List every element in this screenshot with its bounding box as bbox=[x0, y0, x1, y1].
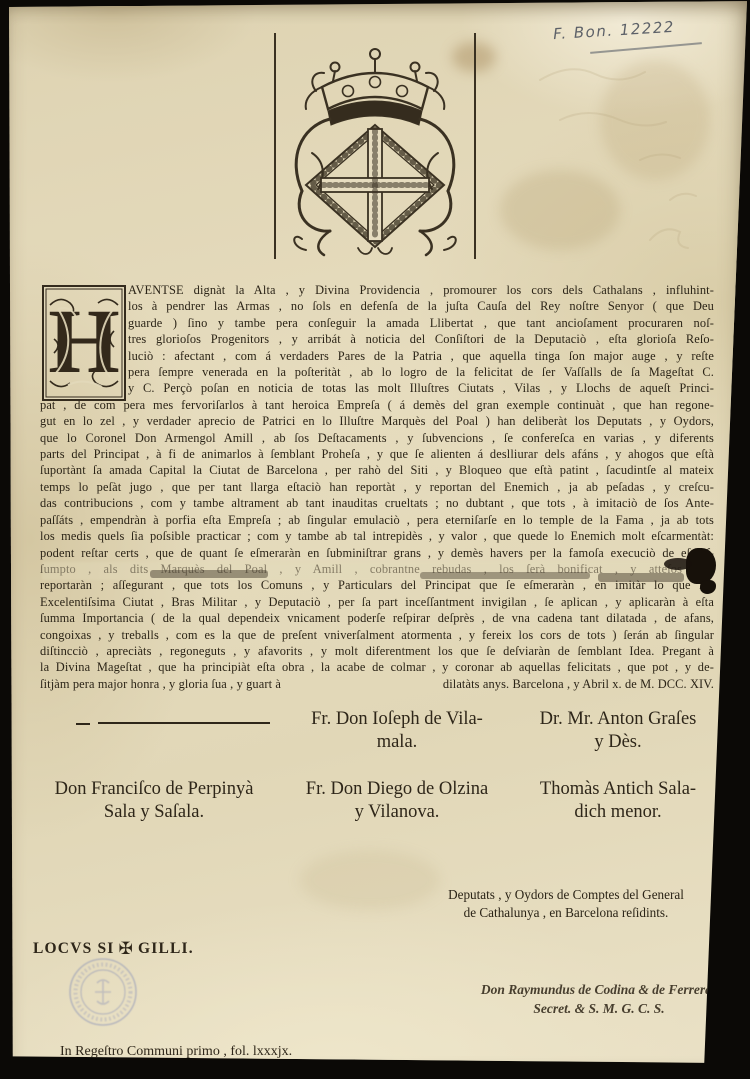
proclamation-body: H AVENTSE dignàt la Alta , y Divina Prov… bbox=[40, 282, 714, 692]
dateline-left: ſitjàm pera major honra , y gloria ſua ,… bbox=[40, 676, 281, 692]
body-text-dateline: ſitjàm pera major honra , y gloria ſua ,… bbox=[40, 676, 714, 692]
body-text-line: luciò : afectant , com á verdaders Pares… bbox=[40, 348, 714, 364]
body-text-line: reportaràn ; aſſegurant , que tots los C… bbox=[40, 577, 714, 593]
body-text-line: temps lo peſàt jugo , que per tant llarg… bbox=[40, 479, 714, 495]
body-text-line: pat , de com pera mes fervoriſarlos à ta… bbox=[40, 397, 714, 413]
body-text-line: AVENTSE dignàt la Alta , y Divina Provid… bbox=[40, 282, 714, 298]
coat-of-arms bbox=[272, 33, 478, 259]
signature-block: Fr. Don Ioſeph de Vila- mala. Dr. Mr. An… bbox=[28, 708, 722, 824]
library-stamp bbox=[64, 953, 142, 1031]
body-text-line: podent reſtar certs , que de quant ſe eſ… bbox=[40, 545, 714, 561]
paper: F. Bon. 12222 bbox=[0, 0, 750, 1079]
body-text-line: que lo Coronel Don Armengol Amill , ab ſ… bbox=[40, 430, 714, 446]
body-text-line: congoixas , y treballs , com es la que d… bbox=[40, 627, 714, 643]
drop-cap-vine bbox=[44, 287, 124, 399]
paper-stain bbox=[600, 60, 710, 180]
body-text-line: pera ſempre venerada en la poſteritàt , … bbox=[40, 364, 714, 380]
body-text-line: los medis quels ſia poſsible practicar ;… bbox=[40, 528, 714, 544]
body-text-line: parts del Principat , à fi de animarlos … bbox=[40, 446, 714, 462]
scan-background: F. Bon. 12222 bbox=[0, 0, 750, 1079]
dateline-right: dilatàts anys. Barcelona , y Abril x. de… bbox=[443, 676, 714, 692]
body-text-line: la Divina Mageſtat , que ha principiàt e… bbox=[40, 659, 714, 675]
body-text-line: y C. Perçò poſan en noticia de totas las… bbox=[40, 380, 714, 396]
body-text-line-smudged: ſumpto , als dits Marquès del Poal , y A… bbox=[40, 561, 714, 577]
show-through-marks bbox=[520, 30, 720, 270]
body-text-line: das contribucions , com y tambe altramen… bbox=[40, 495, 714, 511]
colophon: Deputats , y Oydors de Comptes del Gener… bbox=[398, 886, 734, 921]
signature: Dr. Mr. Anton Graſes y Dès. bbox=[514, 708, 722, 754]
body-text-line: paſſáts , empendràn à porfia eſta Empreſ… bbox=[40, 512, 714, 528]
archive-mark-underline bbox=[590, 42, 702, 53]
body-text-line: gut en lo zel , y verdader aprecio de Pa… bbox=[40, 413, 714, 429]
signature: Don Franciſco de Perpinyà Sala y Saſala. bbox=[28, 778, 280, 824]
body-text-line: tres glorioſos Progenitors , y arribát à… bbox=[40, 331, 714, 347]
body-text-line: los à pendrer las Armas , no ſols en def… bbox=[40, 298, 714, 314]
signature: Fr. Don Diego de Olzina y Vilanova. bbox=[280, 778, 514, 824]
registry-note: In Regeſtro Communi primo , fol. lxxxjx. bbox=[60, 1044, 292, 1060]
body-text-line: guarde ) ſino y tambe pera conſeguir la … bbox=[40, 315, 714, 331]
archive-mark: F. Bon. 12222 bbox=[553, 15, 724, 43]
body-text-line: diſtincciò , apreciàts , regoneguts , y … bbox=[40, 643, 714, 659]
signature: Fr. Don Ioſeph de Vila- mala. bbox=[280, 708, 514, 754]
signature: Thomàs Antich Sala- dich menor. bbox=[514, 778, 722, 824]
body-text-line: Excelentiſsima Ciutat , Bras Militar , y… bbox=[40, 594, 714, 610]
body-text-line: ſumma Importancia ( de la qual dependeix… bbox=[40, 610, 714, 626]
signature-dash bbox=[28, 708, 280, 754]
secretary-signature: Don Raymundus de Codina & de Ferreras Se… bbox=[448, 980, 750, 1018]
body-text-line: ſuportànt ſa amada Capital la Ciutat de … bbox=[40, 462, 714, 478]
paper-stain bbox=[500, 170, 620, 250]
drop-cap-initial: H bbox=[42, 285, 126, 401]
